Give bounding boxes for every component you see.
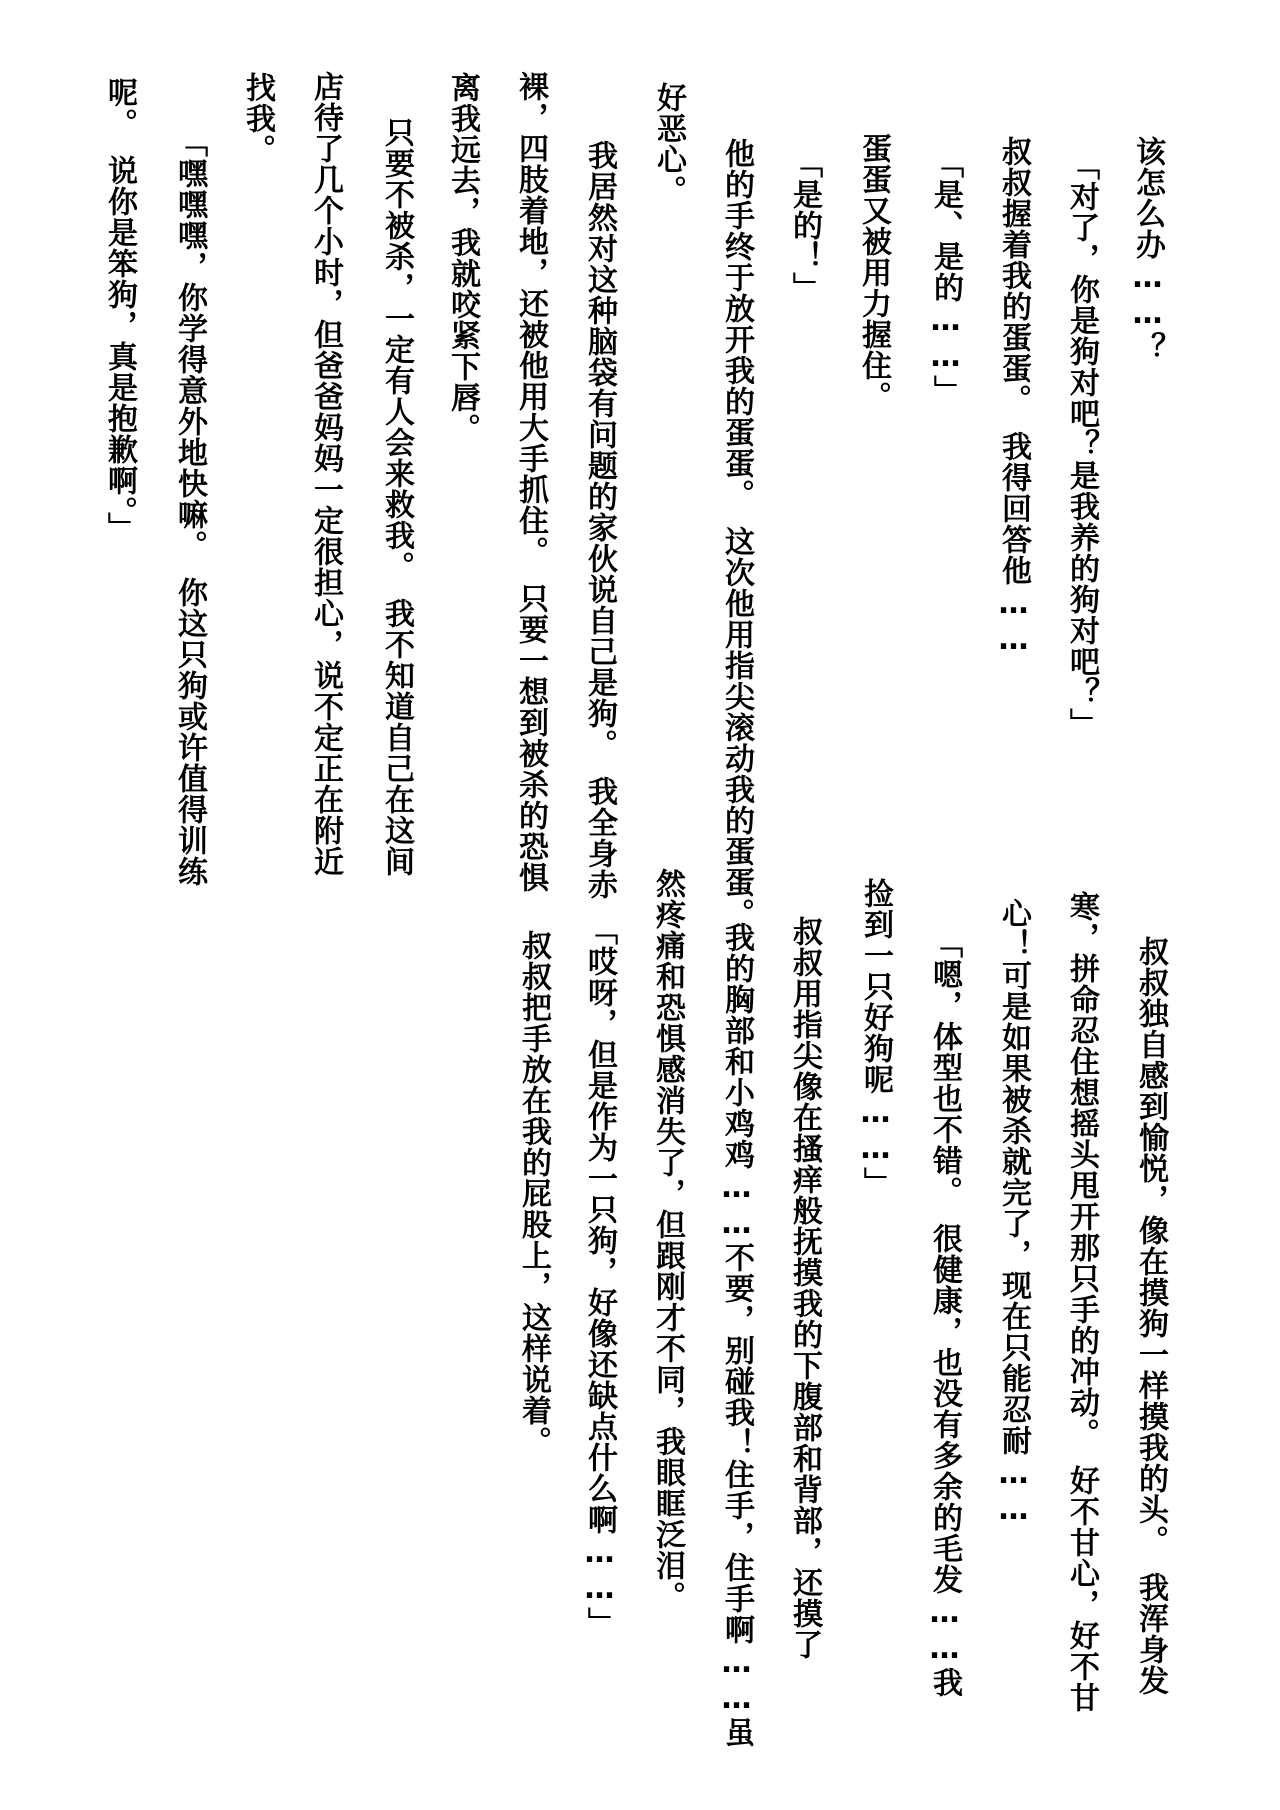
text-column: 叔叔握着我的蛋蛋。 我得回答他…… [996, 136, 1030, 658]
text-column: 店待了几个小时，但爸爸妈妈一定很担心，说不定正在附近 [308, 71, 342, 877]
dialogue-column: 「嗯，体型也不错。 很健康，也没有多余的毛发……我 [927, 928, 961, 1698]
text-column: 蛋蛋又被用力握住。 [856, 133, 890, 412]
text-column: 叔叔用指尖像在搔痒般抚摸我的下腹部和背部，还摸了 [787, 916, 821, 1660]
dialogue-column: 「对了，你是狗对吧？是我养的狗对吧？」 [1064, 150, 1098, 739]
dialogue-column: 「是的！」 [787, 148, 821, 303]
text-column: 叔叔独自感到愉悦，像在摸狗一样摸我的头。 我浑身发 [1133, 936, 1167, 1696]
dialogue-column: 「嘿嘿嘿，你学得意外地快嘛。 你这只狗或许值得训练 [172, 127, 206, 887]
text-column: 他的手终于放开我的蛋蛋。 这次他用指尖滚动我的蛋蛋。 [719, 138, 753, 929]
text-column: 离我远去，我就咬紧下唇。 [445, 72, 479, 444]
dialogue-column: 「是、是的……」 [928, 148, 962, 406]
text-column: 好恶心。 [651, 82, 685, 206]
text-column: 我的胸部和小鸡鸡……不要，别碰我！住手，住手啊……虽 [719, 922, 753, 1748]
dialogue-column: 呢。 说你是笨狗，真是抱歉啊。」 [102, 77, 136, 543]
text-column: 寒，拼命忍住想摇头甩开那只手的冲动。 好不甘心，好不甘 [1064, 891, 1098, 1713]
text-column: 该怎么办……？ [1130, 136, 1164, 363]
text-column: 然疼痛和恐惧感消失了，但跟刚才不同，我眼眶泛泪。 [650, 868, 684, 1612]
dialogue-column: 捡到一只好狗呢……」 [858, 878, 892, 1198]
text-column: 裸，四肢着地，还被他用大手抓住。 只要一想到被杀的恐惧 [513, 71, 547, 893]
text-column: 叔叔把手放在我的屁股上，这样说着。 [516, 930, 550, 1457]
document-page: 该怎么办……？ 「对了，你是狗对吧？是我养的狗对吧？」 叔叔握着我的蛋蛋。 我得… [0, 0, 1280, 1810]
dialogue-column: 「哎呀，但是作为一只狗，好像还缺点什么啊……」 [582, 915, 616, 1638]
text-column: 心！可是如果被杀就完了，现在只能忍耐…… [996, 898, 1030, 1528]
text-column: 只要不被杀，一定有人会来救我。 我不知道自己在这间 [379, 117, 413, 877]
text-column: 我居然对这种脑袋有问题的家伙说自己是狗。 我全身赤 [582, 140, 616, 900]
text-column: 找我。 [240, 72, 274, 165]
